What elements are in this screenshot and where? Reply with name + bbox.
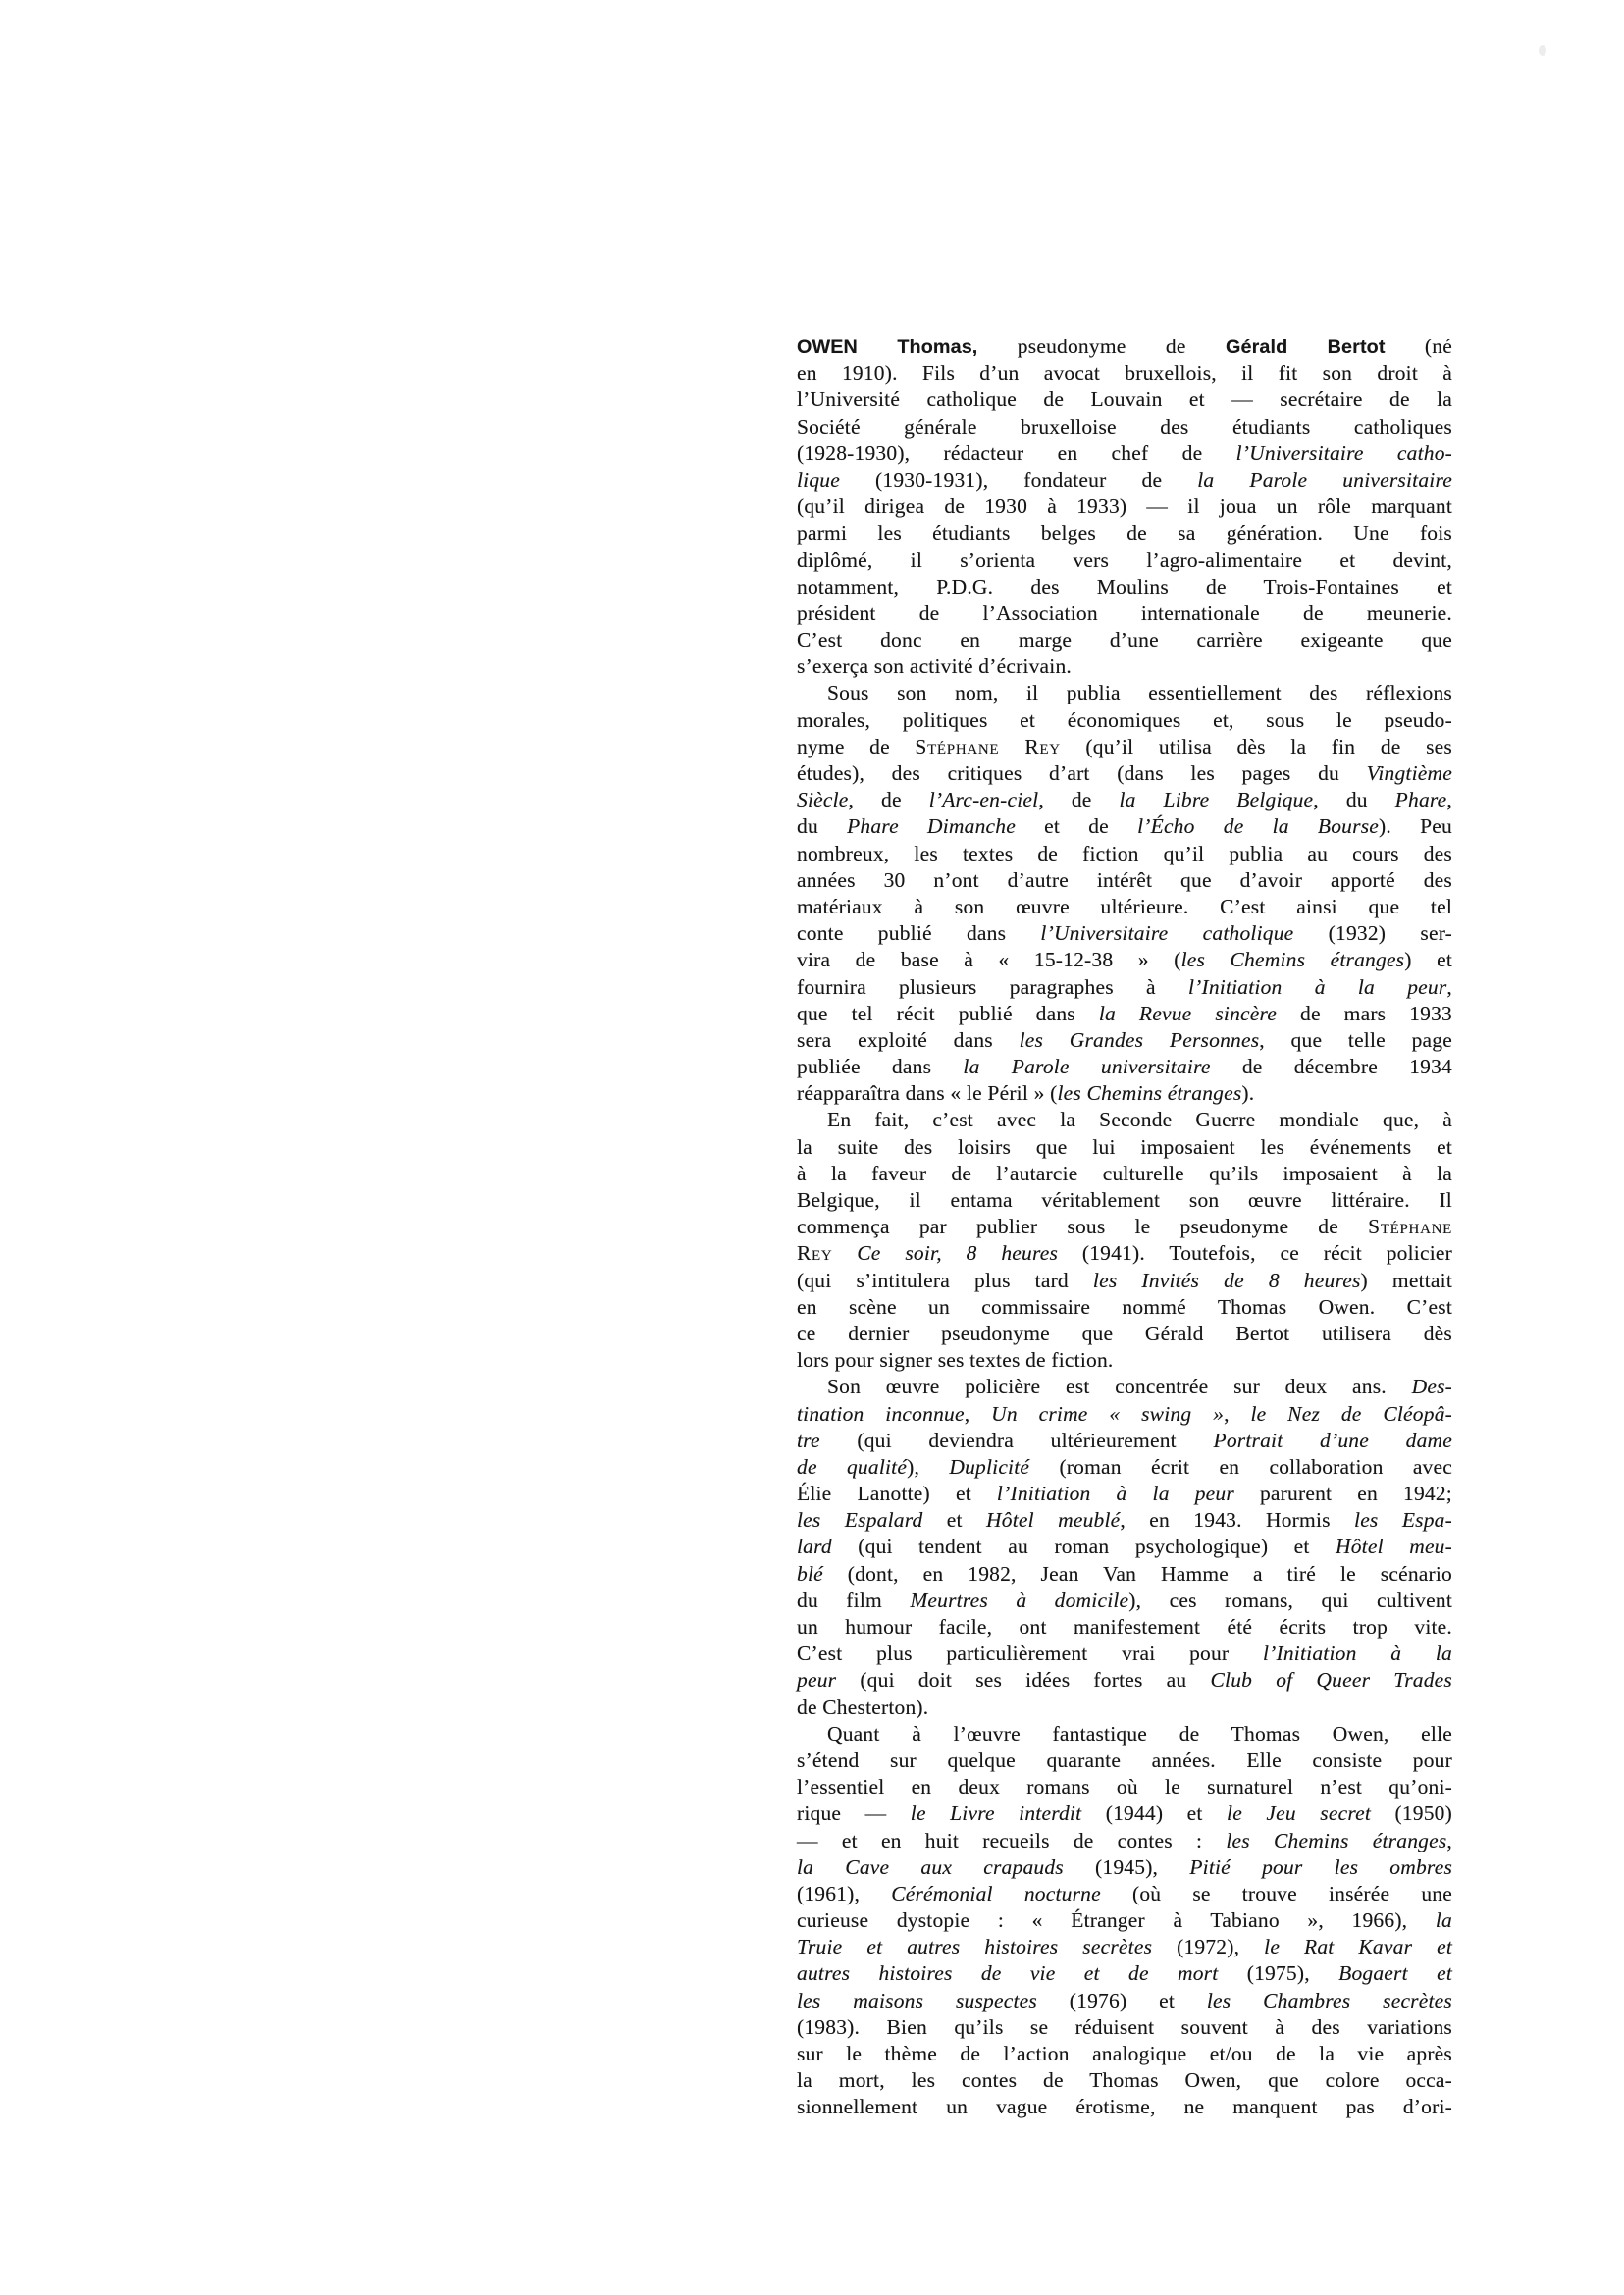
text-line: — et en huit recueils de contes : les Ch… <box>797 1828 1452 1854</box>
title-italic: les Chemins étranges <box>1057 1081 1241 1105</box>
title-italic: Phare Dimanche <box>847 814 1016 838</box>
title-italic: Hôtel meu- <box>1336 1535 1452 1558</box>
title-italic: l’Universitaire catho- <box>1236 442 1452 465</box>
text-line: morales, politiques et économiques et, s… <box>797 707 1452 734</box>
text-line: de qualité), Duplicité (roman écrit en c… <box>797 1454 1452 1481</box>
body-text: , du <box>1313 788 1394 811</box>
body-text: de Chesterton). <box>797 1695 928 1719</box>
title-italic: autres histoires de vie et de mort <box>797 1961 1218 1985</box>
text-line: publiée dans la Parole universitaire de … <box>797 1054 1452 1080</box>
text-line: Rey Ce soir, 8 heures (1941). Toutefois,… <box>797 1240 1452 1267</box>
body-text: Élie Lanotte) et <box>797 1482 997 1505</box>
text-line: en scène un commissaire nommé Thomas Owe… <box>797 1294 1452 1321</box>
title-italic: tre <box>797 1429 820 1452</box>
text-line: tination inconnue, Un crime « swing », l… <box>797 1401 1452 1428</box>
title-italic: les Chambres secrètes <box>1207 1989 1452 2012</box>
title-italic: Duplicité <box>949 1455 1029 1479</box>
body-text: (1941). Toutefois, ce récit policier <box>1058 1241 1452 1265</box>
text-line: études), des critiques d’art (dans les p… <box>797 760 1452 787</box>
text-line: lors pour signer ses textes de fiction. <box>797 1347 1452 1374</box>
body-text: (roman écrit en collaboration avec <box>1029 1455 1452 1479</box>
title-italic: l’Universitaire catholique <box>1040 921 1293 945</box>
body-text: études), des critiques d’art (dans les p… <box>797 761 1367 785</box>
body-text: curieuse dystopie : « Étranger à Tabiano… <box>797 1908 1436 1932</box>
title-italic: Bogaert et <box>1338 1961 1452 1985</box>
text-line: commença par publier sous le pseudonyme … <box>797 1214 1452 1240</box>
body-text: , <box>965 1402 991 1426</box>
body-text: (qu’il dirigea de 1930 à 1933) — il joua… <box>797 495 1452 518</box>
body-text: du <box>797 814 847 838</box>
body-text: et de <box>1016 814 1137 838</box>
title-italic: la Revue sincère <box>1099 1002 1277 1025</box>
body-text: (qui s’intitulera plus tard <box>797 1269 1093 1292</box>
title-italic: Des- <box>1412 1375 1452 1398</box>
pseudonym-smallcaps: Stéphane Rey <box>915 735 1060 758</box>
text-line: la mort, les contes de Thomas Owen, que … <box>797 2067 1452 2094</box>
title-italic: l’Initiation à la <box>1263 1642 1452 1665</box>
body-text: conte publié dans <box>797 921 1040 945</box>
body-text: vira de base à « 15-12-38 » ( <box>797 948 1181 971</box>
body-text: (1950) <box>1371 1801 1452 1825</box>
text-line: président de l’Association international… <box>797 600 1452 627</box>
text-line: nombreux, les textes de fiction qu’il pu… <box>797 841 1452 867</box>
body-text: un humour facile, ont manifestement été … <box>797 1615 1452 1639</box>
body-text: parmi les étudiants belges de sa générat… <box>797 521 1452 545</box>
body-text: Quant à l’œuvre fantastique de Thomas Ow… <box>827 1722 1452 1746</box>
title-italic: la Parole universitaire <box>1197 468 1452 492</box>
body-text: , <box>1224 1402 1250 1426</box>
text-line: Truie et autres histoires secrètes (1972… <box>797 1934 1452 1960</box>
text-line: du Phare Dimanche et de l’Écho de la Bou… <box>797 813 1452 840</box>
body-text: lors pour signer ses textes de fiction. <box>797 1348 1113 1372</box>
scan-artifact-speck <box>1539 45 1546 56</box>
text-line: Élie Lanotte) et l’Initiation à la peur … <box>797 1481 1452 1507</box>
text-line: la suite des loisirs que lui imposaient … <box>797 1134 1452 1161</box>
body-text: rique — <box>797 1801 911 1825</box>
text-line: que tel récit publié dans la Revue sincè… <box>797 1001 1452 1027</box>
title-italic: Phare <box>1395 788 1447 811</box>
title-italic: l’Arc-en-ciel <box>929 788 1039 811</box>
text-line: sera exploité dans les Grandes Personnes… <box>797 1027 1452 1054</box>
body-text: l’Université catholique de Louvain et — … <box>797 388 1452 411</box>
body-text: (1932) ser- <box>1293 921 1452 945</box>
body-text: (qu’il utilisa dès la fin de ses <box>1061 735 1452 758</box>
body-text: en scène un commissaire nommé Thomas Owe… <box>797 1295 1452 1319</box>
text-line: lard (qui tendent au roman psychologique… <box>797 1534 1452 1560</box>
text-line: (1961), Cérémonial nocturne (où se trouv… <box>797 1881 1452 1907</box>
title-italic: Vingtième <box>1367 761 1452 785</box>
body-text: , de <box>1038 788 1119 811</box>
title-italic: lique <box>797 468 840 492</box>
text-line: Siècle, de l’Arc-en-ciel, de la Libre Be… <box>797 787 1452 813</box>
body-text: (1976) et <box>1037 1989 1207 2012</box>
scanned-page: OWEN Thomas, pseudonyme de Gérald Bertot… <box>0 0 1624 2295</box>
body-text: ce dernier pseudonyme que Gérald Bertot … <box>797 1322 1452 1345</box>
body-text: (qui deviendra ultérieurement <box>820 1429 1214 1452</box>
title-italic: Un crime « swing » <box>991 1402 1224 1426</box>
text-column: OWEN Thomas, pseudonyme de Gérald Bertot… <box>797 334 1452 2121</box>
title-italic: la Cave aux crapauds <box>797 1855 1064 1879</box>
text-line: Quant à l’œuvre fantastique de Thomas Ow… <box>797 1721 1452 1747</box>
title-italic: Hôtel meublé <box>986 1508 1120 1532</box>
body-text: (né <box>1386 335 1452 358</box>
text-line: en 1910). Fils d’un avocat bruxellois, i… <box>797 360 1452 387</box>
text-line: autres histoires de vie et de mort (1975… <box>797 1960 1452 1987</box>
headword-bold: Gérald Bertot <box>1226 337 1386 358</box>
body-text: Belgique, il entama véritablement son œu… <box>797 1188 1452 1212</box>
text-line: s’étend sur quelque quarante années. Ell… <box>797 1747 1452 1774</box>
body-text: années 30 n’ont d’autre intérêt que d’av… <box>797 868 1452 892</box>
body-text: sera exploité dans <box>797 1028 1020 1052</box>
body-text: de décembre 1934 <box>1211 1055 1452 1078</box>
body-text: publiée dans <box>797 1055 963 1078</box>
body-text: , que telle page <box>1259 1028 1452 1052</box>
text-line: diplômé, il s’orienta vers l’agro-alimen… <box>797 548 1452 574</box>
text-line: tre (qui deviendra ultérieurement Portra… <box>797 1428 1452 1454</box>
body-text: (1961), <box>797 1882 891 1905</box>
body-text: sionnellement un vague érotisme, ne manq… <box>797 2095 1452 2118</box>
title-italic: les Grandes Personnes <box>1020 1028 1260 1052</box>
body-text: (1928-1930), rédacteur en chef de <box>797 442 1236 465</box>
text-line: C’est donc en marge d’une carrière exige… <box>797 627 1452 653</box>
body-text: à la faveur de l’autarcie culturelle qu’… <box>797 1162 1452 1185</box>
body-text: parurent en 1942; <box>1234 1482 1452 1505</box>
pseudonym-smallcaps: Rey <box>797 1241 832 1265</box>
text-line: les Espalard et Hôtel meublé, en 1943. H… <box>797 1507 1452 1534</box>
body-text: — et en huit recueils de contes : <box>797 1829 1226 1852</box>
body-text: (où se trouve insérée une <box>1101 1882 1452 1905</box>
text-line: les maisons suspectes (1976) et les Cham… <box>797 1988 1452 2014</box>
title-italic: les maisons suspectes <box>797 1989 1037 2012</box>
text-line: un humour facile, ont manifestement été … <box>797 1614 1452 1641</box>
text-line: à la faveur de l’autarcie culturelle qu’… <box>797 1161 1452 1187</box>
text-line: matériaux à son œuvre ultérieure. C’est … <box>797 894 1452 920</box>
body-text: ). Peu <box>1379 814 1452 838</box>
title-italic: l’Initiation à la peur <box>997 1482 1234 1505</box>
text-line: lique (1930-1931), fondateur de la Parol… <box>797 467 1452 494</box>
text-line: En fait, c’est avec la Seconde Guerre mo… <box>797 1107 1452 1133</box>
body-text: , en 1943. Hormis <box>1120 1508 1354 1532</box>
body-text: ). <box>1241 1081 1254 1105</box>
text-line: conte publié dans l’Universitaire cathol… <box>797 920 1452 947</box>
body-text: Société générale bruxelloise des étudian… <box>797 415 1452 439</box>
body-text: ) mettait <box>1361 1269 1452 1292</box>
text-line: Belgique, il entama véritablement son œu… <box>797 1187 1452 1214</box>
body-text: ), ces romans, qui cultivent <box>1128 1589 1452 1612</box>
body-text: pseudonyme de <box>977 335 1226 358</box>
body-text: En fait, c’est avec la Seconde Guerre mo… <box>827 1108 1452 1131</box>
text-line: (1928-1930), rédacteur en chef de l’Univ… <box>797 441 1452 467</box>
text-line: fournira plusieurs paragraphes à l’Initi… <box>797 974 1452 1001</box>
body-text: et <box>922 1508 986 1532</box>
body-text: du film <box>797 1589 910 1612</box>
text-line: Sous son nom, il publia essentiellement … <box>797 680 1452 706</box>
text-line: (qu’il dirigea de 1930 à 1933) — il joua… <box>797 494 1452 520</box>
title-italic: les Espa- <box>1354 1508 1452 1532</box>
body-text: notamment, P.D.G. des Moulins de Trois-F… <box>797 575 1452 599</box>
body-text: ), <box>907 1455 949 1479</box>
body-text: (qui doit ses idées fortes au <box>836 1668 1210 1692</box>
headword-bold: OWEN Thomas, <box>797 337 977 358</box>
text-line: l’essentiel en deux romans où le surnatu… <box>797 1774 1452 1800</box>
text-line: de Chesterton). <box>797 1695 1452 1721</box>
body-text: que tel récit publié dans <box>797 1002 1099 1025</box>
body-text: , <box>1446 975 1452 999</box>
title-italic: de qualité <box>797 1455 907 1479</box>
body-text: président de l’Association international… <box>797 601 1452 625</box>
title-italic: l’Initiation à la peur <box>1188 975 1446 999</box>
title-italic: le Jeu secret <box>1227 1801 1371 1825</box>
title-italic: Meurtres à domicile <box>910 1589 1128 1612</box>
title-italic: peur <box>797 1668 836 1692</box>
body-text: C’est plus particulièrement vrai pour <box>797 1642 1263 1665</box>
body-text: , <box>1446 788 1452 811</box>
text-line: OWEN Thomas, pseudonyme de Gérald Bertot… <box>797 334 1452 360</box>
body-text: (1972), <box>1152 1935 1264 1958</box>
body-text: C’est donc en marge d’une carrière exige… <box>797 628 1452 652</box>
text-line: du film Meurtres à domicile), ces romans… <box>797 1588 1452 1614</box>
title-italic: Cérémonial nocturne <box>891 1882 1101 1905</box>
title-italic: les Espalard <box>797 1508 922 1532</box>
text-line: (qui s’intitulera plus tard les Invités … <box>797 1268 1452 1294</box>
title-italic: les Invités de 8 heures <box>1093 1269 1361 1292</box>
text-line: parmi les étudiants belges de sa générat… <box>797 520 1452 547</box>
title-italic: la Parole universitaire <box>963 1055 1210 1078</box>
body-text: s’exerça son activité d’écrivain. <box>797 654 1072 678</box>
title-italic: tination inconnue <box>797 1402 965 1426</box>
body-text: (1975), <box>1218 1961 1338 1985</box>
text-line: curieuse dystopie : « Étranger à Tabiano… <box>797 1907 1452 1934</box>
body-text: morales, politiques et économiques et, s… <box>797 708 1452 732</box>
text-line: sionnellement un vague érotisme, ne manq… <box>797 2094 1452 2120</box>
text-line: Société générale bruxelloise des étudian… <box>797 414 1452 441</box>
text-line: C’est plus particulièrement vrai pour l’… <box>797 1641 1452 1667</box>
body-text: s’étend sur quelque quarante années. Ell… <box>797 1748 1452 1772</box>
body-text: en 1910). Fils d’un avocat bruxellois, i… <box>797 361 1452 385</box>
text-line: s’exerça son activité d’écrivain. <box>797 653 1452 680</box>
title-italic: Club of Queer Trades <box>1210 1668 1452 1692</box>
title-italic: le Rat Kavar et <box>1264 1935 1452 1958</box>
text-line: vira de base à « 15-12-38 » (les Chemins… <box>797 947 1452 973</box>
body-text: nyme de <box>797 735 915 758</box>
text-line: notamment, P.D.G. des Moulins de Trois-F… <box>797 574 1452 600</box>
body-text: (qui tendent au roman psychologique) et <box>832 1535 1336 1558</box>
body-text: , de <box>849 788 929 811</box>
body-text: l’essentiel en deux romans où le surnatu… <box>797 1775 1452 1799</box>
title-italic: Truie et autres histoires secrètes <box>797 1935 1152 1958</box>
text-line: l’Université catholique de Louvain et — … <box>797 387 1452 413</box>
body-text: commença par publier sous le pseudonyme … <box>797 1215 1368 1238</box>
title-italic: le Livre interdit <box>911 1801 1082 1825</box>
title-italic: Siècle <box>797 788 849 811</box>
title-italic: lard <box>797 1535 832 1558</box>
body-text: nombreux, les textes de fiction qu’il pu… <box>797 842 1452 865</box>
body-text: matériaux à son œuvre ultérieure. C’est … <box>797 895 1452 918</box>
text-line: sur le thème de l’action analogique et/o… <box>797 2041 1452 2067</box>
text-line: (1983). Bien qu’ils se réduisent souvent… <box>797 2014 1452 2041</box>
title-italic: la Libre Belgique <box>1119 788 1313 811</box>
text-line: ce dernier pseudonyme que Gérald Bertot … <box>797 1321 1452 1347</box>
body-text: fournira plusieurs paragraphes à <box>797 975 1188 999</box>
body-text: Sous son nom, il publia essentiellement … <box>827 681 1452 704</box>
title-italic: Ce soir, 8 heures <box>832 1241 1058 1265</box>
body-text: (1983). Bien qu’ils se réduisent souvent… <box>797 2015 1452 2039</box>
body-text: la suite des loisirs que lui imposaient … <box>797 1135 1452 1159</box>
text-line: blé (dont, en 1982, Jean Van Hamme a tir… <box>797 1561 1452 1588</box>
body-text: (1944) et <box>1081 1801 1227 1825</box>
title-italic: Portrait d’une dame <box>1213 1429 1452 1452</box>
title-italic: blé <box>797 1562 823 1586</box>
title-italic: l’Écho de la Bourse <box>1137 814 1379 838</box>
title-italic: les Chemins étranges <box>1226 1829 1446 1852</box>
body-text: la mort, les contes de Thomas Owen, que … <box>797 2068 1452 2092</box>
body-text: réapparaîtra dans « le Péril » ( <box>797 1081 1057 1105</box>
title-italic: la <box>1436 1908 1452 1932</box>
body-text: sur le thème de l’action analogique et/o… <box>797 2042 1452 2065</box>
title-italic: Pitié pour les ombres <box>1189 1855 1452 1879</box>
title-italic: le Nez de Cléopâ- <box>1250 1402 1452 1426</box>
body-text: , <box>1446 1829 1452 1852</box>
body-text: (1930-1931), fondateur de <box>840 468 1197 492</box>
text-line: nyme de Stéphane Rey (qu’il utilisa dès … <box>797 734 1452 760</box>
body-text: diplômé, il s’orienta vers l’agro-alimen… <box>797 548 1452 572</box>
body-text: Son œuvre policière est concentrée sur d… <box>827 1375 1412 1398</box>
body-text: ) et <box>1404 948 1452 971</box>
body-text: de mars 1933 <box>1277 1002 1452 1025</box>
body-text: (1945), <box>1064 1855 1189 1879</box>
body-text: (dont, en 1982, Jean Van Hamme a tiré le… <box>823 1562 1452 1586</box>
pseudonym-smallcaps: Stéphane <box>1368 1215 1452 1238</box>
text-line: Son œuvre policière est concentrée sur d… <box>797 1374 1452 1400</box>
text-line: la Cave aux crapauds (1945), Pitié pour … <box>797 1854 1452 1881</box>
text-line: rique — le Livre interdit (1944) et le J… <box>797 1800 1452 1827</box>
title-italic: les Chemins étranges <box>1181 948 1405 971</box>
text-line: peur (qui doit ses idées fortes au Club … <box>797 1667 1452 1694</box>
text-line: réapparaîtra dans « le Péril » (les Chem… <box>797 1080 1452 1107</box>
text-line: années 30 n’ont d’autre intérêt que d’av… <box>797 867 1452 894</box>
